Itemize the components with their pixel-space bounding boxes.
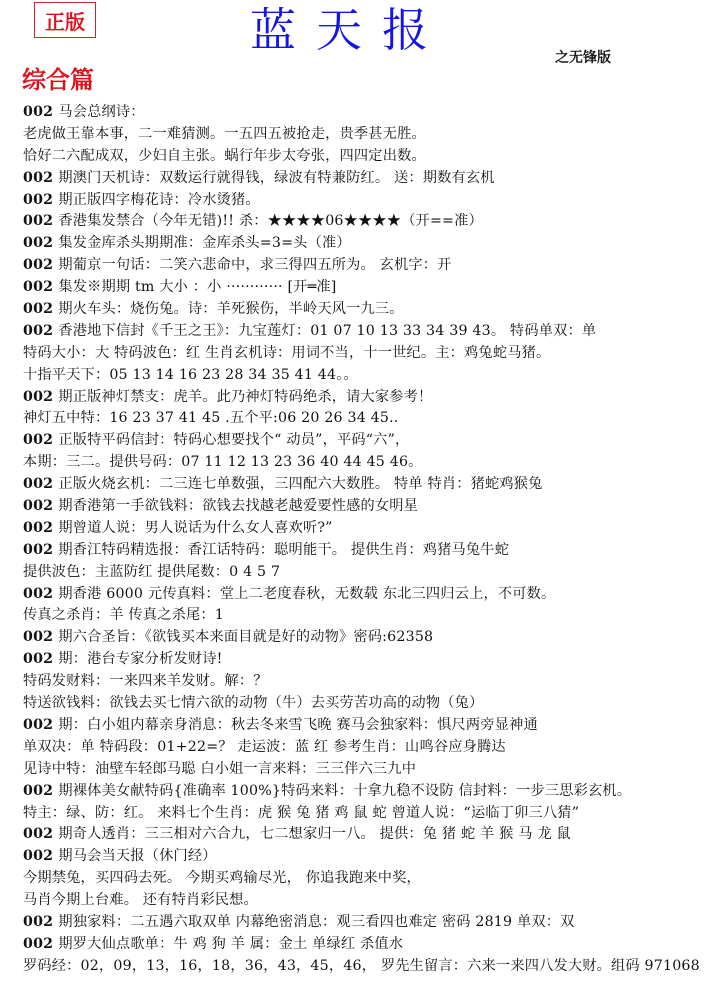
line-text: 十指平天下：05 13 14 16 23 28 34 35 41 44。。 [23, 367, 358, 383]
text-line: 002 正版特平码信封：特码心想要找个“ 动员”，平码“六”， [23, 430, 713, 452]
text-line: 提供波色：主蓝防红 提供尾数：0 4 5 7 [23, 562, 713, 584]
line-text: 期正版神灯禁支：虎羊。此乃神灯特码绝杀，请大家参考！ [58, 389, 432, 405]
line-text: 提供波色：主蓝防红 提供尾数：0 4 5 7 [23, 564, 280, 580]
text-line: 特码发财料：一来四来羊发财。解：？ [23, 671, 713, 693]
line-text: 马会总纲诗： [58, 104, 144, 120]
line-text: 单双决：单 特码段：01+22=？ 走运波：蓝 红 参考生肖：山鸣谷应身腾达 [23, 739, 506, 755]
line-text: 期独家料：二五遇六取双单 内幕绝密消息：观三看四也难定 密码 2819 单双：双 [58, 914, 574, 930]
line-text: 期六合圣旨：《欲钱买本来面目就是好的动物》密码:62358 [58, 629, 433, 645]
text-line: 002 期香港 6000 元传真料：堂上二老度春秋，无数载 东北三四归云上，不可… [23, 584, 713, 606]
line-text: 特主：绿、防：红。 来料七个生肖：虎 猴 兔 猪 鸡 鼠 蛇 曾道人说：“运临丁… [23, 805, 579, 821]
line-text: 期：港台专家分析发财诗! [58, 651, 222, 667]
text-line: 马肖今期上台难。 还有特肖彩民想。 [23, 890, 713, 912]
line-text: 今期禁兔，买四码去死。 今期买鸡输尽光， 你追我跑来中奖， [23, 870, 421, 886]
line-text: 期罗大仙点歌单：牛 鸡 狗 羊 属：金土 单绿红 杀值水 [58, 936, 403, 952]
line-text: 集发※期期 tm 大小 ：小 ············ [开═准] [58, 279, 336, 295]
text-line: 今期禁兔，买四码去死。 今期买鸡输尽光， 你追我跑来中奖， [23, 868, 713, 890]
text-line: 002 期火车头：烧伤兔。诗：羊死猴伤，半岭天风一九三。 [23, 299, 713, 321]
edition-subtitle: 之无锋版 [555, 47, 611, 67]
text-line: 002 期曾道人说：男人说话为什么女人喜欢听?” [23, 518, 713, 540]
issue-number: 002 [23, 520, 58, 536]
line-text: 香港地下信封《千王之王》：九宝莲灯：01 07 10 13 33 34 39 4… [58, 323, 596, 339]
issue-number: 002 [23, 651, 58, 667]
issue-number: 002 [23, 783, 58, 799]
issue-number: 002 [23, 498, 58, 514]
text-line: 特送欲钱料：欲钱去买七情六欲的动物（牛）去买劳苦功高的动物（兔） [23, 693, 713, 715]
line-text: 见诗中特：油壁车轻郎马聪 白小姐一言来料：三三伴六三九中 [23, 761, 416, 777]
issue-number: 002 [23, 213, 58, 229]
text-line: 传真之杀肖：羊 传真之杀尾：1 [23, 605, 713, 627]
line-text: 期火车头：烧伤兔。诗：羊死猴伤，半岭天风一九三。 [58, 301, 403, 317]
line-text: 期曾道人说：男人说话为什么女人喜欢听?” [58, 520, 332, 536]
text-line: 老虎做王靠本事，二一难猜测。一五四五被抢走，贵季甚无胜。 [23, 124, 713, 146]
line-text: 期马会当天报（休门经） [58, 848, 216, 864]
line-text: 特码发财料：一来四来羊发财。解：？ [23, 673, 268, 689]
issue-number: 002 [23, 717, 58, 733]
issue-number: 002 [23, 279, 58, 295]
line-text: 老虎做王靠本事，二一难猜测。一五四五被抢走，贵季甚无胜。 [23, 126, 426, 142]
text-line: 002 期正版神灯禁支：虎羊。此乃神灯特码绝杀，请大家参考！ [23, 387, 713, 409]
text-line: 002 集发金库杀头期期准：金库杀头=3=头（准） [23, 233, 713, 255]
line-text: 期香港 6000 元传真料：堂上二老度春秋，无数载 东北三四归云上，不可数。 [58, 586, 555, 602]
text-line: 002 期六合圣旨：《欲钱买本来面目就是好的动物》密码:62358 [23, 627, 713, 649]
issue-number: 002 [23, 257, 58, 273]
issue-number: 002 [23, 432, 58, 448]
line-text: 罗码经：02，09，13，16，18，36，43，45，46， 罗先生留言：六来… [23, 958, 700, 974]
text-line: 002 正版火烧玄机：二三连七单数强，三四配六大数胜。 特单 特肖：猪蛇鸡猴兔 [23, 474, 713, 496]
text-line: 002 香港地下信封《千王之王》：九宝莲灯：01 07 10 13 33 34 … [23, 321, 713, 343]
text-line: 002 期独家料：二五遇六取双单 内幕绝密消息：观三看四也难定 密码 2819 … [23, 912, 713, 934]
issue-number: 002 [23, 629, 58, 645]
line-text: 期香港第一手欲钱料：欲钱去找越老越爱要性感的女明星 [58, 498, 418, 514]
line-text: 正版特平码信封：特码心想要找个“ 动员”，平码“六”， [58, 432, 409, 448]
issue-number: 002 [23, 104, 58, 120]
line-text: 正版火烧玄机：二三连七单数强，三四配六大数胜。 特单 特肖：猪蛇鸡猴兔 [58, 476, 542, 492]
text-line: 特码大小：大 特码波色：红 生肖玄机诗：用词不当，十一世纪。主：鸡兔蛇马猪。 [23, 343, 713, 365]
text-line: 002 香港集发禁合（今年无错)!! 杀：★★★★06★★★★（开==准） [23, 211, 713, 233]
text-line: 002 期香江特码精选报：香江话特码：聪明能干。 提供生肖：鸡猪马兔牛蛇 [23, 540, 713, 562]
line-text: 期香江特码精选报：香江话特码：聪明能干。 提供生肖：鸡猪马兔牛蛇 [58, 542, 509, 558]
article-body: 002 马会总纲诗：老虎做王靠本事，二一难猜测。一五四五被抢走，贵季甚无胜。恰好… [23, 102, 713, 978]
issue-number: 002 [23, 170, 58, 186]
text-line: 002 期奇人透肖：三三相对六合九，七二想家归一八。 提供：兔 猪 蛇 羊 猴 … [23, 824, 713, 846]
line-text: 期澳门天机诗：双数运行就得钱，绿波有特兼防红。 送：期数有玄机 [58, 170, 494, 186]
text-line: 002 期澳门天机诗：双数运行就得钱，绿波有特兼防红。 送：期数有玄机 [23, 168, 713, 190]
line-text: 香港集发禁合（今年无错)!! 杀：★★★★06★★★★（开==准） [58, 213, 483, 229]
issue-number: 002 [23, 476, 58, 492]
text-line: 十指平天下：05 13 14 16 23 28 34 35 41 44。。 [23, 365, 713, 387]
line-text: 期：白小姐内幕亲身消息：秋去冬来雪飞晚 赛马会独家料：惧尺两旁显神通 [58, 717, 538, 733]
line-text: 马肖今期上台难。 还有特肖彩民想。 [23, 892, 258, 908]
issue-number: 002 [23, 389, 58, 405]
official-edition-badge: 正版 [34, 2, 96, 38]
line-text: 特码大小：大 特码波色：红 生肖玄机诗：用词不当，十一世纪。主：鸡兔蛇马猪。 [23, 345, 550, 361]
page-title: 蓝天报 [250, 4, 448, 56]
issue-number: 002 [23, 936, 58, 952]
text-line: 见诗中特：油壁车轻郎马聪 白小姐一言来料：三三伴六三九中 [23, 759, 713, 781]
text-line: 神灯五中特：16 23 37 41 45 .五个平:06 20 26 34 45… [23, 408, 713, 430]
text-line: 002 集发※期期 tm 大小 ：小 ············ [开═准] [23, 277, 713, 299]
text-line: 002 期葡京一句话：二笑六悲命中，求三得四五所为。 玄机字：开 [23, 255, 713, 277]
text-line: 单双决：单 特码段：01+22=？ 走运波：蓝 红 参考生肖：山鸣谷应身腾达 [23, 737, 713, 759]
line-text: 恰好二六配成双，少妇自主张。蜗行年步太夸张，四四定出数。 [23, 148, 426, 164]
text-line: 特主：绿、防：红。 来料七个生肖：虎 猴 兔 猪 鸡 鼠 蛇 曾道人说：“运临丁… [23, 803, 713, 825]
line-text: 期裸体美女献特码{准确率 100%}特码来料：十拿九稳不设防 信封料：一步三思彩… [58, 783, 631, 799]
text-line: 002 期：白小姐内幕亲身消息：秋去冬来雪飞晚 赛马会独家料：惧尺两旁显神通 [23, 715, 713, 737]
line-text: 期正版四字梅花诗：冷水烫猪。 [58, 192, 259, 208]
text-line: 002 期香港第一手欲钱料：欲钱去找越老越爱要性感的女明星 [23, 496, 713, 518]
issue-number: 002 [23, 914, 58, 930]
issue-number: 002 [23, 586, 58, 602]
text-line: 002 马会总纲诗： [23, 102, 713, 124]
text-line: 恰好二六配成双，少妇自主张。蜗行年步太夸张，四四定出数。 [23, 146, 713, 168]
line-text: 集发金库杀头期期准：金库杀头=3=头（准） [58, 235, 350, 251]
issue-number: 002 [23, 323, 58, 339]
text-line: 002 期罗大仙点歌单：牛 鸡 狗 羊 属：金土 单绿红 杀值水 [23, 934, 713, 956]
line-text: 特送欲钱料：欲钱去买七情六欲的动物（牛）去买劳苦功高的动物（兔） [23, 695, 483, 711]
text-line: 002 期马会当天报（休门经） [23, 846, 713, 868]
issue-number: 002 [23, 542, 58, 558]
issue-number: 002 [23, 235, 58, 251]
issue-number: 002 [23, 301, 58, 317]
section-heading: 综合篇 [22, 60, 94, 95]
text-line: 002 期：港台专家分析发财诗! [23, 649, 713, 671]
line-text: 神灯五中特：16 23 37 41 45 .五个平:06 20 26 34 45… [23, 410, 399, 426]
text-line: 002 期正版四字梅花诗：冷水烫猪。 [23, 190, 713, 212]
line-text: 传真之杀肖：羊 传真之杀尾：1 [23, 607, 224, 623]
issue-number: 002 [23, 848, 58, 864]
line-text: 期奇人透肖：三三相对六合九，七二想家归一八。 提供：兔 猪 蛇 羊 猴 马 龙 … [58, 826, 570, 842]
line-text: 期葡京一句话：二笑六悲命中，求三得四五所为。 玄机字：开 [58, 257, 451, 273]
line-text: 本期：三二。提供号码：07 11 12 13 23 36 40 44 45 46… [23, 454, 423, 470]
text-line: 本期：三二。提供号码：07 11 12 13 23 36 40 44 45 46… [23, 452, 713, 474]
issue-number: 002 [23, 192, 58, 208]
text-line: 罗码经：02，09，13，16，18，36，43，45，46， 罗先生留言：六来… [23, 956, 713, 978]
text-line: 002 期裸体美女献特码{准确率 100%}特码来料：十拿九稳不设防 信封料：一… [23, 781, 713, 803]
issue-number: 002 [23, 826, 58, 842]
